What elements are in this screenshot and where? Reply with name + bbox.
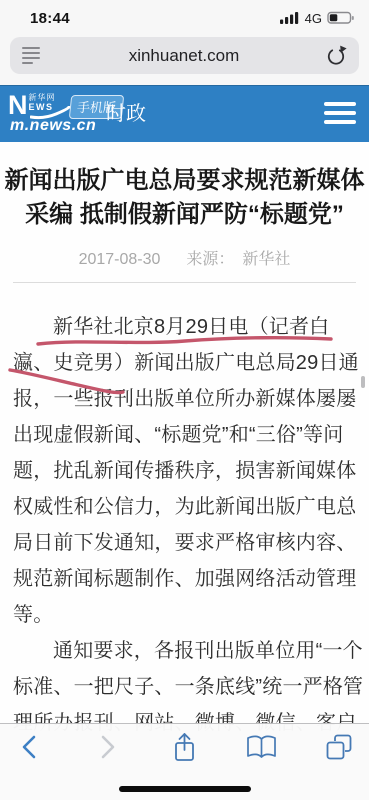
publish-date: 2017-08-30: [79, 251, 161, 268]
status-bar: 18:44 4G: [0, 0, 369, 34]
clock: 18:44: [30, 10, 70, 27]
site-header: N 新华网 EWS 手机版 m.news.cn 时政: [0, 85, 369, 142]
menu-icon[interactable]: [324, 102, 356, 124]
logo-letter: N: [8, 93, 28, 117]
share-icon: [171, 731, 198, 764]
article-line: 瀛、史竞男）新闻出版广电总局29日通: [13, 345, 356, 381]
refresh-icon[interactable]: [326, 45, 347, 67]
article: 新闻出版广电总局要求规范新媒体 采编 抵制假新闻严防“标题党” 2017-08-…: [0, 164, 369, 741]
divider: [13, 282, 356, 283]
article-line: 权威性和公信力，为此新闻出版广电总: [13, 489, 356, 525]
article-line: 题，扰乱新闻传播秩序，损害新闻媒体: [13, 453, 356, 489]
url-bar-row: xinhuanet.com: [0, 34, 369, 85]
forward-button[interactable]: [90, 731, 124, 763]
share-button[interactable]: [168, 731, 202, 763]
article-line: 通知要求，各报刊出版单位用“一个: [13, 633, 356, 669]
article-meta: 2017-08-30来源：新华社: [0, 246, 369, 269]
signal-bars-icon: [280, 11, 300, 25]
back-button[interactable]: [13, 731, 47, 763]
article-line: 标准、一把尺子、一条底线”统一严格管: [13, 669, 356, 705]
battery-icon: [327, 11, 355, 25]
reader-mode-icon[interactable]: [22, 47, 42, 64]
tabs-icon: [325, 733, 353, 761]
source-label: 来源：: [186, 251, 234, 268]
site-domain[interactable]: m.news.cn: [10, 117, 96, 135]
logo-cn-text: 新华网: [29, 94, 56, 102]
article-line: 出现虚假新闻、“标题党”和“三俗”等问: [13, 417, 356, 453]
chevron-right-icon: [96, 733, 118, 761]
home-indicator[interactable]: [119, 786, 251, 792]
article-body: 新华社北京8月29日电（记者白 瀛、史竞男）新闻出版广电总局29日通 报，一些报…: [0, 309, 369, 741]
address-bar[interactable]: xinhuanet.com: [10, 37, 359, 74]
article-title: 新闻出版广电总局要求规范新媒体 采编 抵制假新闻严防“标题党”: [4, 164, 365, 232]
browser-toolbar: [0, 723, 369, 800]
article-line: 规范新闻标题制作、加强网络活动管理: [13, 561, 356, 597]
article-line: 新华社北京8月29日电（记者白: [13, 309, 356, 345]
title-line-1: 新闻出版广电总局要求规范新媒体: [4, 164, 365, 198]
article-line: 等。: [13, 597, 356, 633]
article-line: 报，一些报刊出版单位所办新媒体屡屡: [13, 381, 356, 417]
source-name: 新华社: [242, 251, 290, 268]
chevron-left-icon: [19, 733, 41, 761]
url-text[interactable]: xinhuanet.com: [42, 46, 326, 66]
book-icon: [245, 734, 278, 760]
title-line-2: 采编 抵制假新闻严防“标题党”: [4, 198, 365, 232]
network-type-label: 4G: [305, 11, 322, 26]
tabs-button[interactable]: [322, 731, 356, 763]
scrollbar-indicator: [361, 376, 365, 388]
bookmarks-button[interactable]: [245, 731, 279, 763]
section-label[interactable]: 时政: [106, 97, 146, 126]
iphone-screen: 18:44 4G xinhuanet.com: [0, 0, 369, 800]
browser-chrome: 18:44 4G xinhuanet.com: [0, 0, 369, 85]
article-line: 局日前下发通知，要求严格审核内容、: [13, 525, 356, 561]
